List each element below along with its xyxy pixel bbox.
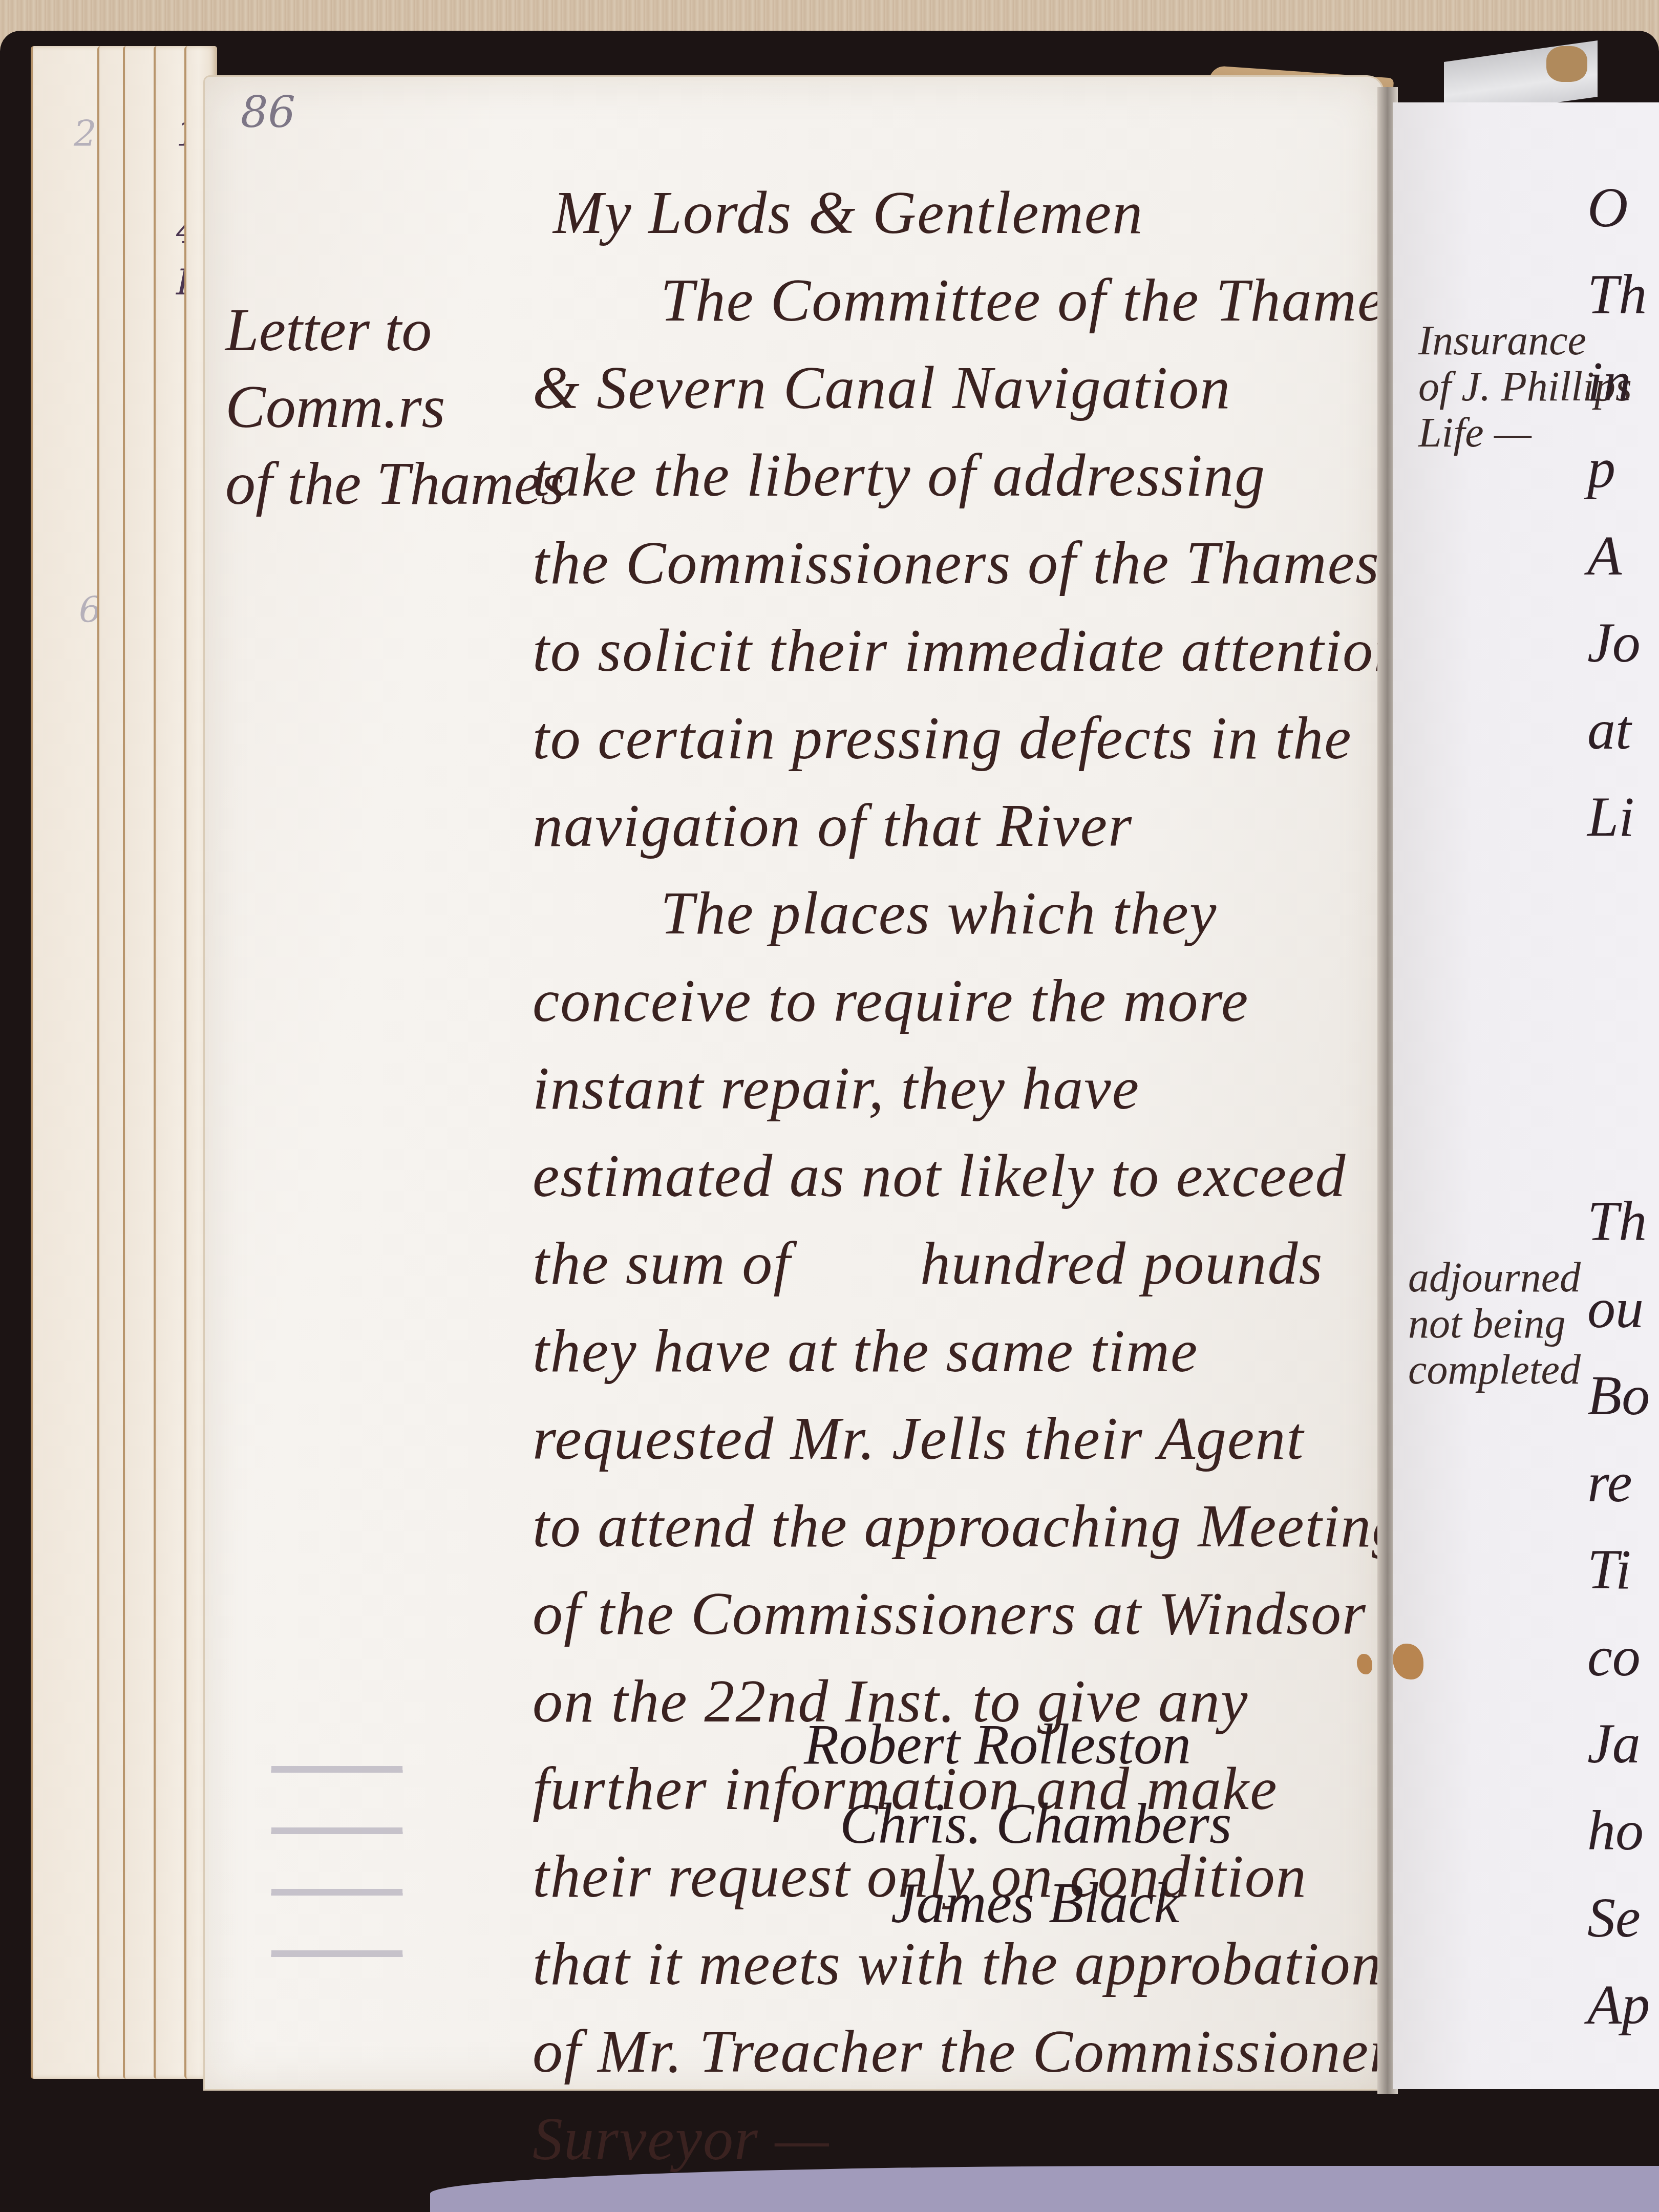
partial-line: Jo — [1587, 599, 1647, 686]
partial-line: in — [1587, 338, 1647, 425]
letter-line: the Commissioners of the Thames — [533, 519, 1362, 607]
letter-line: of Mr. Treacher the Commissioners — [533, 2008, 1362, 2095]
letter-line: to solicit their immediate attention — [533, 607, 1362, 694]
partial-line: ou — [1587, 1265, 1650, 1352]
edge-mark: 2 — [74, 113, 97, 155]
stacked-page-edges: 2 6 1 4 P — [31, 46, 225, 2079]
letter-line: Surveyor — — [533, 2095, 1362, 2183]
struck-note: ——— — [271, 1920, 402, 1982]
tape-roll — [1546, 46, 1587, 82]
letter-line: take the liberty of addressing — [533, 432, 1362, 519]
struck-note: ——— — [271, 1859, 402, 1920]
partial-line: Th — [1587, 251, 1647, 338]
partial-line: p — [1587, 425, 1647, 512]
page-number: 86 — [241, 87, 295, 137]
letter-line: requested Mr. Jells their Agent — [533, 1395, 1362, 1482]
partial-line: Ja — [1587, 1700, 1650, 1787]
partial-line: A — [1587, 512, 1647, 599]
faded-struck-notes: ——— ——— ——— ——— — [271, 1736, 402, 1982]
salutation: My Lords & Gentlemen — [533, 169, 1362, 257]
letter-line: of the Commissioners at Windsor — [533, 1570, 1362, 1657]
margin-note-line: adjourned — [1408, 1254, 1581, 1301]
margin-note-line: not being — [1408, 1301, 1581, 1347]
partial-line: Se — [1587, 1874, 1650, 1961]
partial-line: re — [1587, 1439, 1650, 1526]
letter-line: to attend the approaching Meeting — [533, 1482, 1362, 1570]
letter-line: to certain pressing defects in the — [533, 694, 1362, 782]
letter-line: navigation of that River — [533, 782, 1362, 869]
letter-line: conceive to require the more — [533, 957, 1362, 1045]
right-page-partial-text-top: O Th in p A Jo at Li — [1587, 164, 1647, 860]
partial-line: Li — [1587, 773, 1647, 860]
right-page-partial-text-bottom: Th ou Bo re Ti co Ja ho Se Ap — [1587, 1178, 1650, 2048]
partial-line: O — [1587, 164, 1647, 251]
letter-line: instant repair, they have — [533, 1045, 1362, 1132]
signature-chambers: Chris. Chambers — [635, 1784, 1231, 1864]
signature-rolleston: Robert Rolleston — [635, 1705, 1231, 1784]
struck-note: ——— — [271, 1736, 402, 1797]
letter-line: & Severn Canal Navigation — [533, 344, 1362, 432]
partial-line: Th — [1587, 1178, 1650, 1265]
partial-line: Ti — [1587, 1526, 1650, 1613]
partial-line: co — [1587, 1613, 1650, 1700]
partial-line: Ap — [1587, 1961, 1650, 2048]
letter-line: estimated as not likely to exceed — [533, 1132, 1362, 1220]
partial-line: Bo — [1587, 1352, 1650, 1439]
right-page: Insurance of J. Phillips Life — adjourne… — [1393, 102, 1659, 2089]
signature-black: James Black — [635, 1864, 1231, 1943]
signatures: Robert Rolleston Chris. Chambers James B… — [635, 1705, 1231, 1943]
letter-line: the sum of hundred pounds — [533, 1220, 1362, 1307]
margin-note-adjourned: adjourned not being completed — [1408, 1254, 1581, 1393]
letter-line: they have at the same time — [533, 1307, 1362, 1395]
letter-line: The places which they — [533, 869, 1362, 957]
struck-note: ——— — [271, 1797, 402, 1859]
partial-line: at — [1587, 686, 1647, 773]
letter-line: The Committee of the Thames — [533, 257, 1362, 344]
margin-note-line: completed — [1408, 1347, 1581, 1393]
ink-stain — [1393, 1644, 1423, 1679]
partial-line: ho — [1587, 1787, 1650, 1874]
